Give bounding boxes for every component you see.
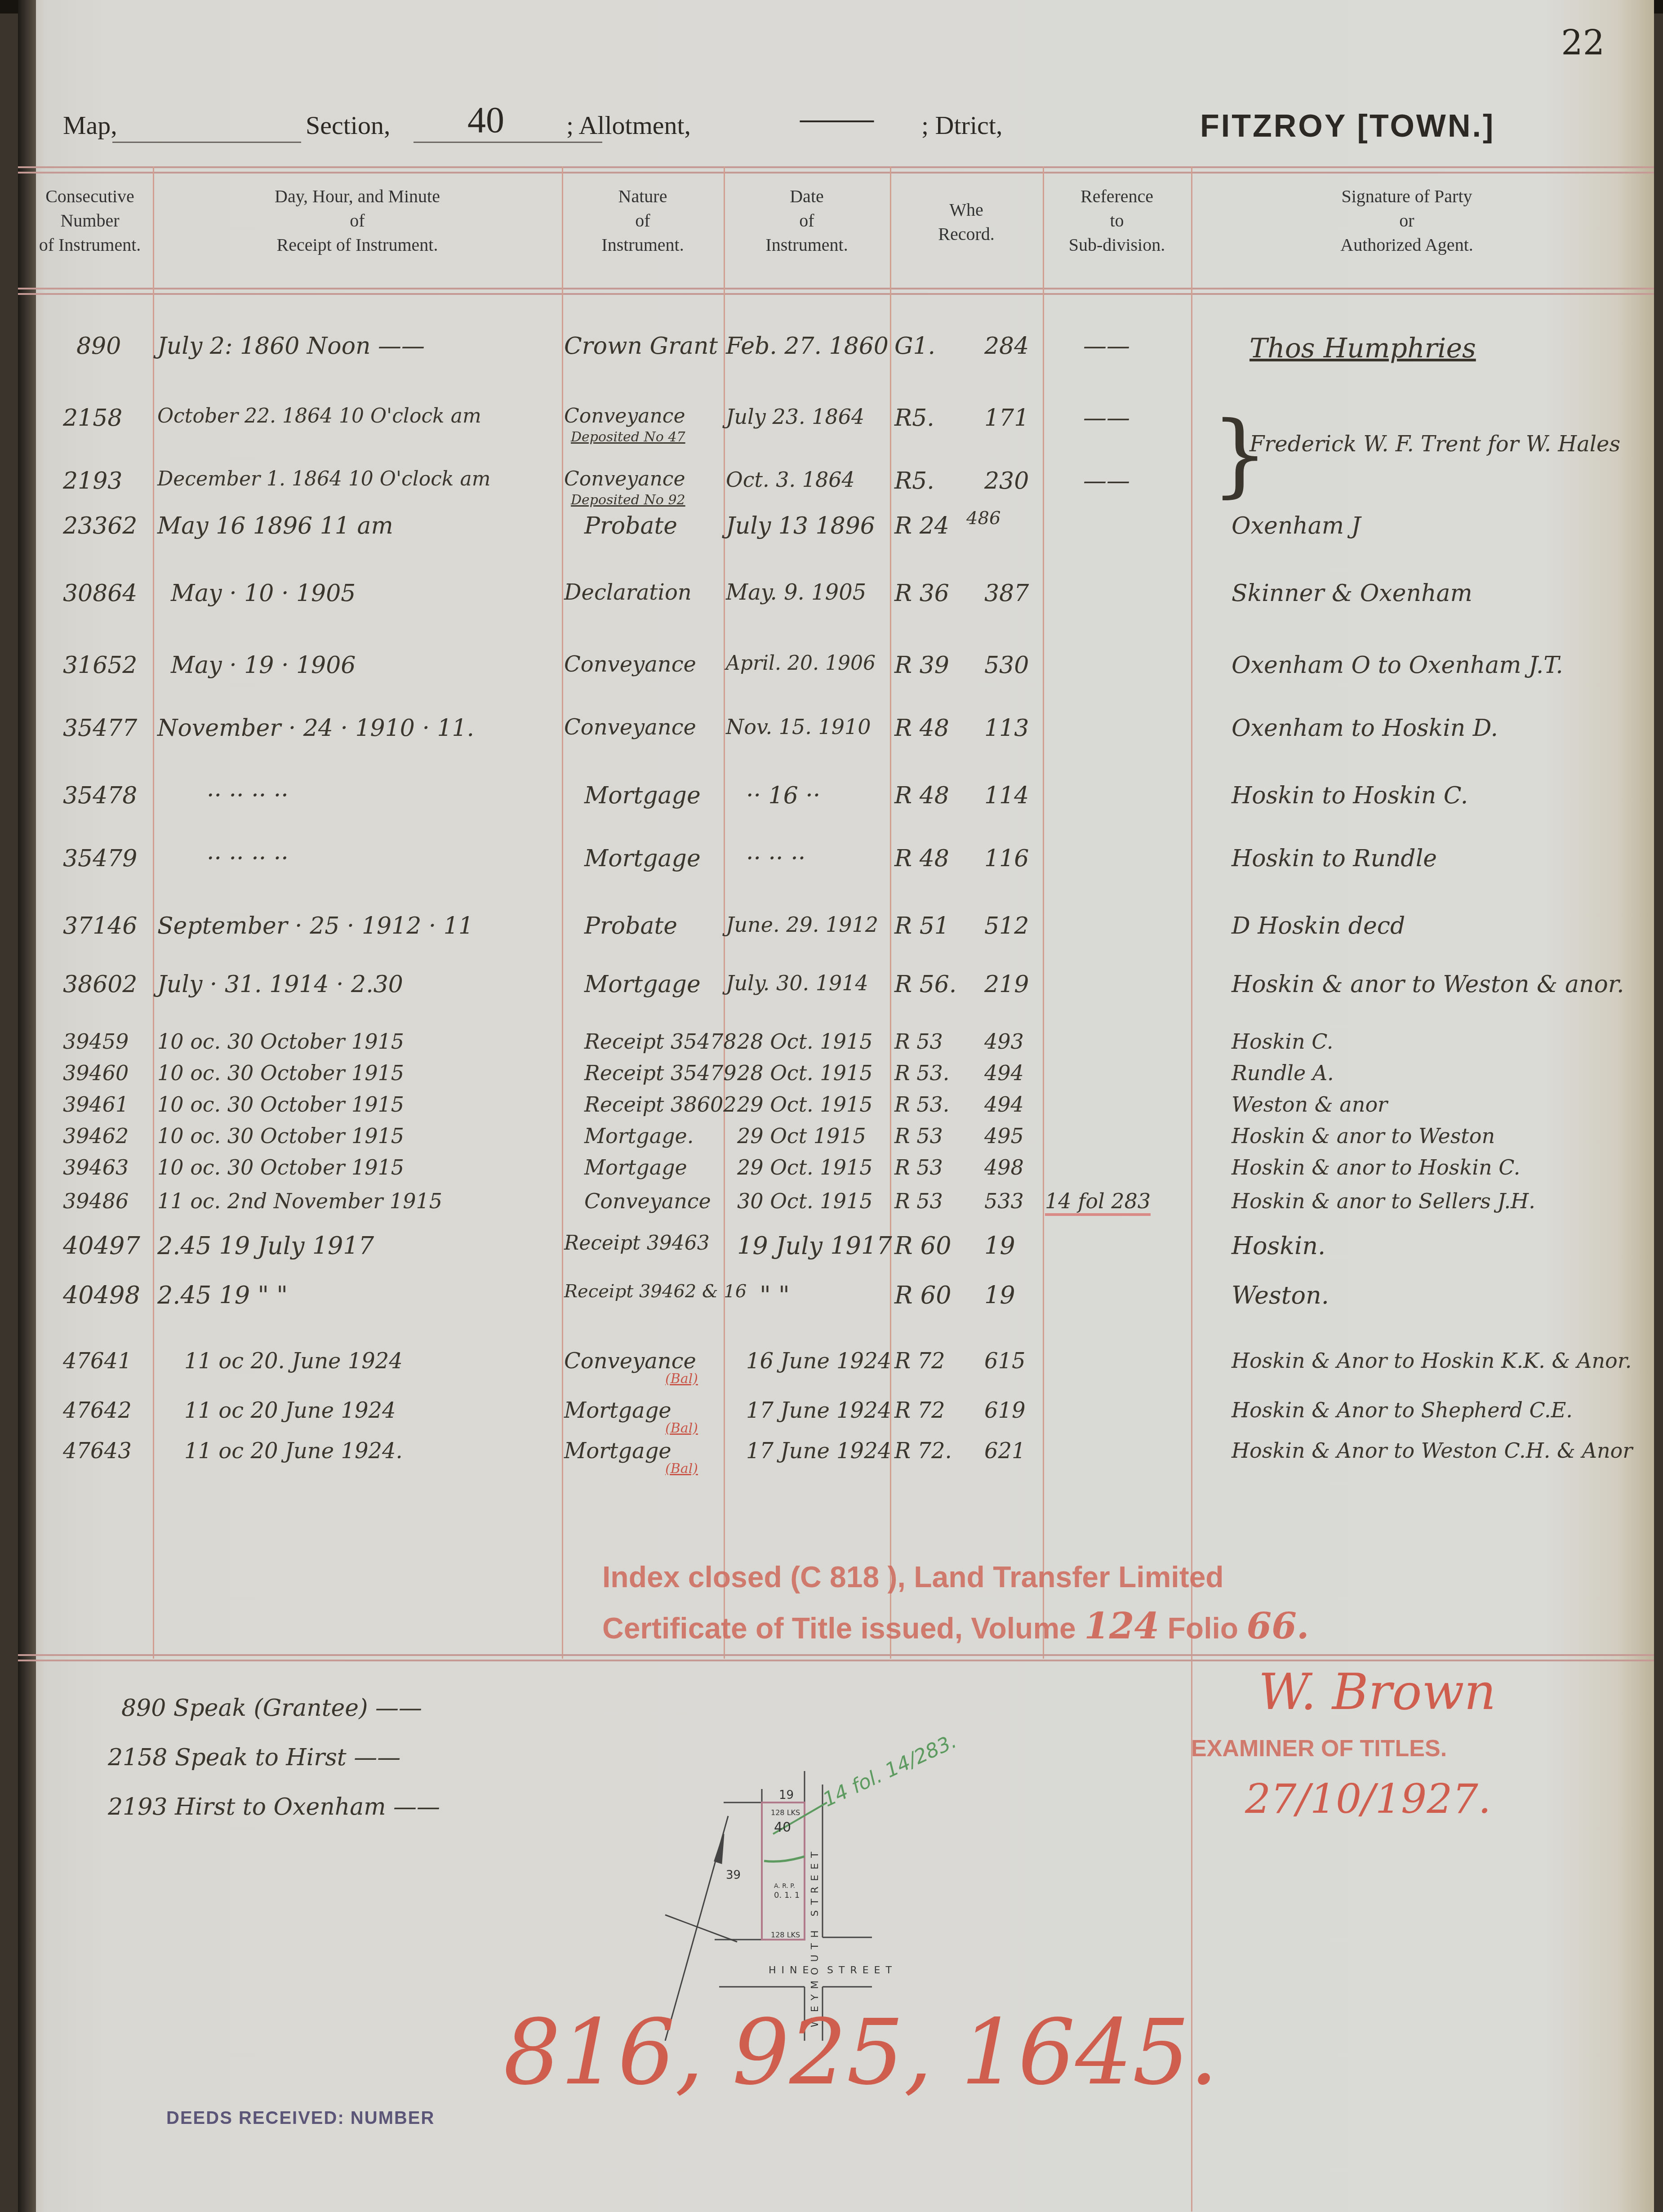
col-rule-1 [153, 166, 154, 1659]
section-field-line [414, 142, 602, 143]
col-rule-4 [890, 166, 891, 1659]
index-closed-stamp: Index closed (C 818 ), Land Transfer Lim… [602, 1560, 1224, 1594]
col-head-nature: Nature of Instrument. [562, 184, 724, 257]
north-arrow-icon [715, 1834, 724, 1863]
deeds-received-stamp: DEEDS RECEIVED: NUMBER [166, 2108, 435, 2128]
examiner-title: EXAMINER OF TITLES. [1191, 1735, 1447, 1762]
col-head-record: Whe Record. [890, 198, 1043, 246]
svg-text:39: 39 [726, 1869, 741, 1882]
header-rule-top [18, 166, 1654, 168]
svg-text:0. 1. 1: 0. 1. 1 [774, 1891, 800, 1900]
chain-entry: 2158 Speak to Hirst —— [108, 1744, 400, 1771]
col-head-receipt: Day, Hour, and Minute of Receipt of Inst… [153, 184, 562, 257]
col-head-signature: Signature of Party or Authorized Agent. [1191, 184, 1623, 257]
certificate-stamp: Certificate of Title issued, Volume 124 … [602, 1605, 1309, 1647]
col-rule-3 [724, 166, 725, 1659]
site-plan: 19 39 40 128 LKS 128 LKS A. R. P. 0. 1. … [647, 1699, 1142, 2041]
chain-entry: 890 Speak (Grantee) —— [121, 1695, 422, 1722]
folio-number: 66. [1246, 1605, 1309, 1647]
header-rule-bottom-2 [18, 293, 1654, 295]
svg-text:128 LKS: 128 LKS [771, 1931, 800, 1939]
svg-text:128 LKS: 128 LKS [771, 1808, 800, 1817]
section-label: Section, [306, 110, 390, 140]
ledger-page: 22 Map, Section, 40 ; Allotment, —— ; Dt… [18, 0, 1654, 2212]
book-binding [18, 0, 36, 2212]
map-field-line [112, 142, 301, 143]
allotment-value: —— [800, 97, 874, 139]
svg-text:A. R. P.: A. R. P. [774, 1883, 795, 1890]
svg-text:19: 19 [779, 1789, 794, 1802]
bracket-signature: Frederick W. F. Trent for W. Hales [1249, 432, 1620, 457]
examiner-date: 27/10/1927. [1245, 1776, 1491, 1823]
register-header: Map, Section, 40 ; Allotment, —— ; Dtric… [63, 97, 1636, 151]
col-rule-2 [562, 166, 563, 1659]
chain-entry: 2193 Hirst to Oxenham —— [108, 1794, 440, 1820]
section-value: 40 [467, 99, 504, 141]
map-label: Map, [63, 110, 117, 140]
footer-rule-2 [18, 1660, 1654, 1661]
svg-text:STREET: STREET [827, 1965, 897, 1976]
col-head-date: Date of Instrument. [724, 184, 890, 257]
footer-rule [18, 1654, 1654, 1656]
col-head-number: Consecutive Number of Instrument. [27, 184, 153, 257]
col-head-reference: Reference to Sub-division. [1043, 184, 1191, 257]
svg-text:HINE: HINE [769, 1965, 814, 1976]
volume-number: 124 [1084, 1605, 1159, 1647]
svg-text:14 fol. 14/283.: 14 fol. 14/283. [819, 1730, 960, 1811]
allotment-label: ; Allotment, [566, 110, 691, 140]
svg-text:40: 40 [774, 1820, 791, 1835]
deeds-received-numbers: 816, 925, 1645. [503, 2000, 1218, 2105]
examiner-signature: W. Brown [1258, 1663, 1496, 1721]
col-rule-5 [1043, 166, 1044, 1659]
col-rule-6 [1191, 166, 1192, 2212]
subdivision-reference: 14 fol 283 [1045, 1189, 1151, 1216]
header-rule-bottom [18, 288, 1654, 289]
header-rule-top-2 [18, 172, 1654, 174]
district-value: FITZROY [TOWN.] [1200, 108, 1495, 144]
district-label: ; Dtrict, [921, 110, 1002, 140]
page-number: 22 [1561, 22, 1605, 62]
